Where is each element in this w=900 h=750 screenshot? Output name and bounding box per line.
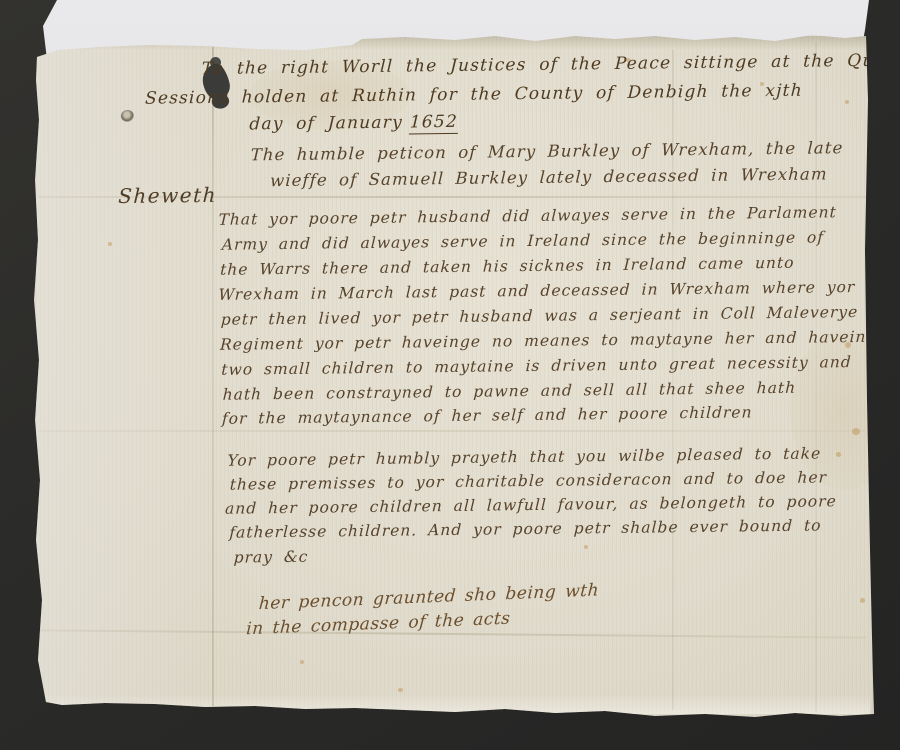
date-line-text: day of January	[249, 113, 403, 135]
body-line: petr then lived yor petr husband was a s…	[220, 303, 858, 329]
photo-stage: To the right Worll the Justices of the P…	[0, 0, 900, 750]
margin-word-sheweth: Sheweth	[118, 183, 218, 208]
prayer-line: pray &c	[233, 548, 308, 567]
year-1652: 1652	[409, 112, 458, 135]
manuscript-paper: To the right Worll the Justices of the P…	[0, 0, 900, 750]
petition-title-line-1: The humble peticon of Mary Burkley of Wr…	[250, 138, 843, 164]
body-line: Wrexham in March last past and deceassed…	[218, 278, 856, 304]
body-line: for the maytaynance of her self and her …	[222, 403, 753, 427]
prayer-line: and her poore children all lawfull favou…	[225, 492, 837, 517]
body-line: Army and did alwayes serve in Ireland si…	[221, 228, 824, 253]
clerk-annotation-line: her pencon graunted sho being wth	[258, 580, 600, 614]
address-line-2: Sessions holden at Ruthin for the County…	[145, 81, 804, 109]
prayer-line: fatherlesse children. And yor poore petr…	[229, 516, 822, 541]
address-line-3: day of January1652	[249, 112, 458, 135]
handwriting-layer: To the right Worll the Justices of the P…	[0, 0, 900, 750]
body-line: two small children to maytaine is driven…	[221, 353, 852, 379]
clerk-annotation-line: in the compasse of the acts	[246, 609, 512, 640]
body-line: the Warrs there and taken his sicknes in…	[220, 254, 795, 279]
prayer-line: Yor poore petr humbly prayeth that you w…	[227, 444, 821, 469]
prayer-line: these premisses to yor charitable consid…	[229, 468, 827, 493]
address-line-1: To the right Worll the Justices of the P…	[201, 50, 900, 79]
body-line: hath been constrayned to pawne and sell …	[222, 379, 796, 404]
body-line: Regiment yor petr haveinge no meanes to …	[220, 328, 888, 354]
petition-title-line-2: wieffe of Samuell Burkley lately deceass…	[270, 164, 828, 190]
body-line: That yor poore petr husband did alwayes …	[218, 203, 837, 229]
